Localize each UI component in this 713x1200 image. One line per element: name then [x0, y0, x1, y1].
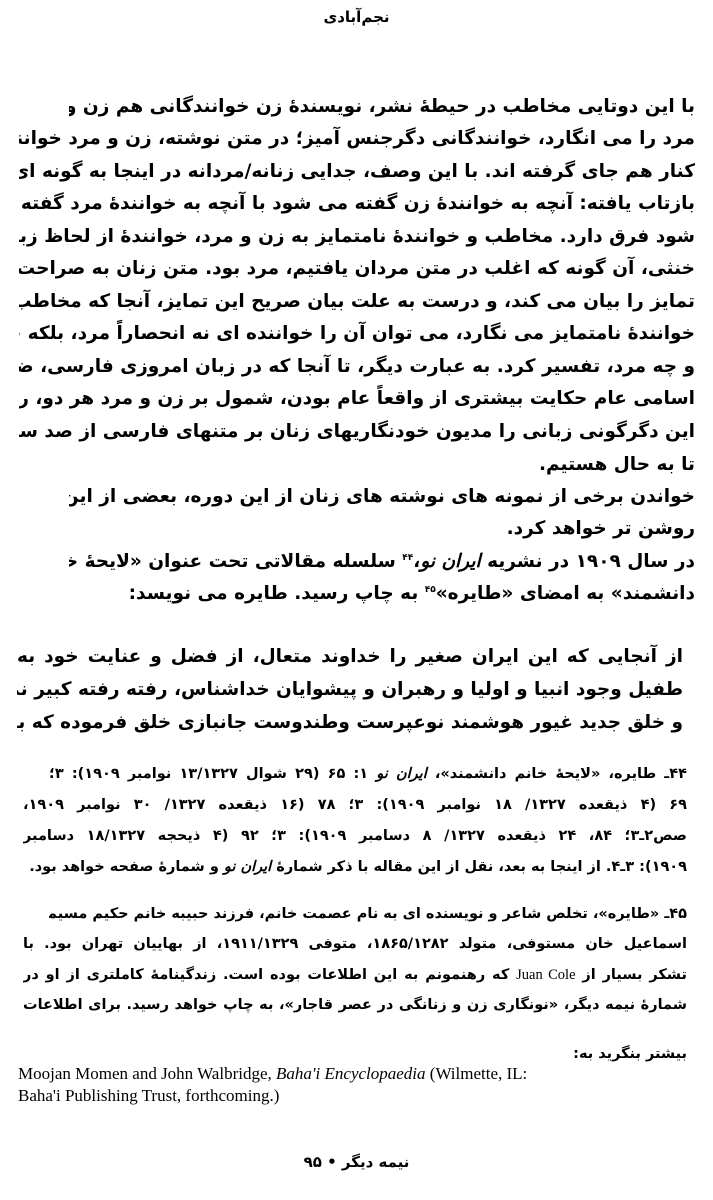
book-title: Baha'i Encyclopaedia	[276, 1064, 426, 1083]
text-line: روشن تر خواهد کرد.	[19, 514, 695, 544]
text-line: شود فرق دارد. مخاطب و خوانندهٔ نامتمایز …	[19, 222, 695, 252]
page-footer: نیمه دیگر • ۹۵	[0, 1153, 713, 1171]
footnote-line: صص۲ـ۳؛ ۸۴، ۲۴ ذیقعده ۱۳۲۷/ ۸ دسامبر ۱۹۰۹…	[23, 823, 687, 849]
reference-line: Moojan Momen and John Walbridge, Baha'i …	[18, 1063, 698, 1085]
text-line: تا به حال هستیم.	[19, 450, 695, 480]
footnote-ref-45[interactable]: ۴۵	[425, 585, 436, 595]
text-line: با این دوتایی مخاطب در حیطهٔ نشر، نویسند…	[69, 92, 695, 122]
text-line: اسامی عام حکایت بیشتری از واقعاً عام بود…	[19, 384, 695, 414]
footnote-line: اسماعیل خان مستوفی، متولد ۱۸۶۵/۱۲۸۲، متو…	[23, 931, 687, 957]
text-segment: در سال ۱۹۰۹ در نشریه	[481, 551, 695, 572]
journal-title-iran-no: ایران نو	[224, 859, 271, 875]
text-segment: دانشمند» به امضای «طایره»	[436, 583, 695, 604]
text-segment: که رهنمونم به این اطلاعات بوده است. زندگ…	[23, 967, 516, 983]
text-line: این دگرگونی زبانی را مدیون خودنگاریهای ز…	[19, 417, 695, 447]
quote-line: طفیل وجود انبیا و اولیا و رهبران و پیشوا…	[17, 675, 683, 705]
footnote-ref-44[interactable]: ۴۴	[402, 553, 413, 563]
text-segment: ۱۹۰۹): ۳ـ۴. از اینجا به بعد، نقل از این …	[271, 859, 687, 875]
footnote-line: ۴۴ـ طایره، «لایحهٔ خانم دانشمند»، ایران …	[49, 761, 687, 787]
text-line: بازتاب یافته: آنچه به خوانندهٔ زن گفته م…	[19, 189, 695, 219]
footnote-line: تشکر بسیار از Juan Cole که رهنمونم به ای…	[23, 962, 687, 988]
text-segment: تشکر بسیار از	[576, 967, 687, 983]
text-line: خواندن برخی از نمونه های نوشته های زنان …	[69, 482, 695, 512]
text-segment: به چاپ رسید. طایره می نویسد:	[129, 583, 425, 604]
quote-line: و خلق جدید غیور هوشمند نوعپرست وطندوست ج…	[17, 708, 683, 738]
text-line: مرد را می انگارد، خوانندگانی دگرجنس آمیز…	[19, 124, 695, 154]
text-line: خوانندهٔ نامتمایز می نگارد، می توان آن ر…	[19, 319, 695, 349]
journal-title-iran-no: ایران نو	[376, 766, 426, 782]
text-line: دانشمند» به امضای «طایره»۴۵ به چاپ رسید.…	[19, 579, 695, 609]
quote-line: از آنجایی که این ایران صغیر را خداوند مت…	[17, 642, 683, 672]
text-line: در سال ۱۹۰۹ در نشریه ایران نو،۴۴ سلسله م…	[69, 547, 695, 577]
footnote-line: شمارهٔ نیمه دیگر، «نونگاری زن و زنانگی د…	[23, 992, 687, 1018]
reference-line: Baha'i Publishing Trust, forthcoming.)	[18, 1085, 698, 1107]
footnote-line: ۴۵ـ «طایره»، تخلص شاعر و نویسنده ای به ن…	[49, 901, 687, 927]
text-line: خنثی، آن گونه که اغلب در متن مردان یافتی…	[19, 254, 695, 284]
book-page: نجم‌آبادی با این دوتایی مخاطب در حیطهٔ ن…	[0, 0, 713, 1200]
text-segment: (Wilmette, IL:	[426, 1064, 528, 1083]
text-line: کنار هم جای گرفته اند. با این وصف، جدایی…	[19, 157, 695, 187]
footnote-line: ۶۹ (۴ ذیقعده ۱۳۲۷/ ۱۸ نوامبر ۱۹۰۹): ۳؛ ۷…	[23, 792, 687, 818]
footnote-line: ۱۹۰۹): ۳ـ۴. از اینجا به بعد، نقل از این …	[23, 854, 687, 880]
text-segment: ۴۴ـ طایره، «لایحهٔ خانم دانشمند»،	[427, 766, 687, 782]
text-line: و چه مرد، تفسیر کرد. به عبارت دیگر، تا آ…	[19, 352, 695, 382]
journal-title-iran-no: ایران نو	[420, 551, 480, 572]
text-segment: Moojan Momen and John Walbridge,	[18, 1064, 276, 1083]
text-line: تمایز را بیان می کند، و درست به علت بیان…	[19, 287, 695, 317]
text-segment: ۱: ۶۵ (۲۹ شوال ۱۳/۱۳۲۷ نوامبر ۱۹۰۹): ۳؛	[49, 766, 376, 782]
running-header: نجم‌آبادی	[0, 8, 713, 26]
latin-name: Juan Cole	[516, 967, 575, 983]
text-segment: سلسله مقالاتی تحت عنوان «لایحهٔ خانم	[69, 551, 402, 572]
text-segment: و شمارهٔ صفحه خواهد بود.	[29, 859, 224, 875]
